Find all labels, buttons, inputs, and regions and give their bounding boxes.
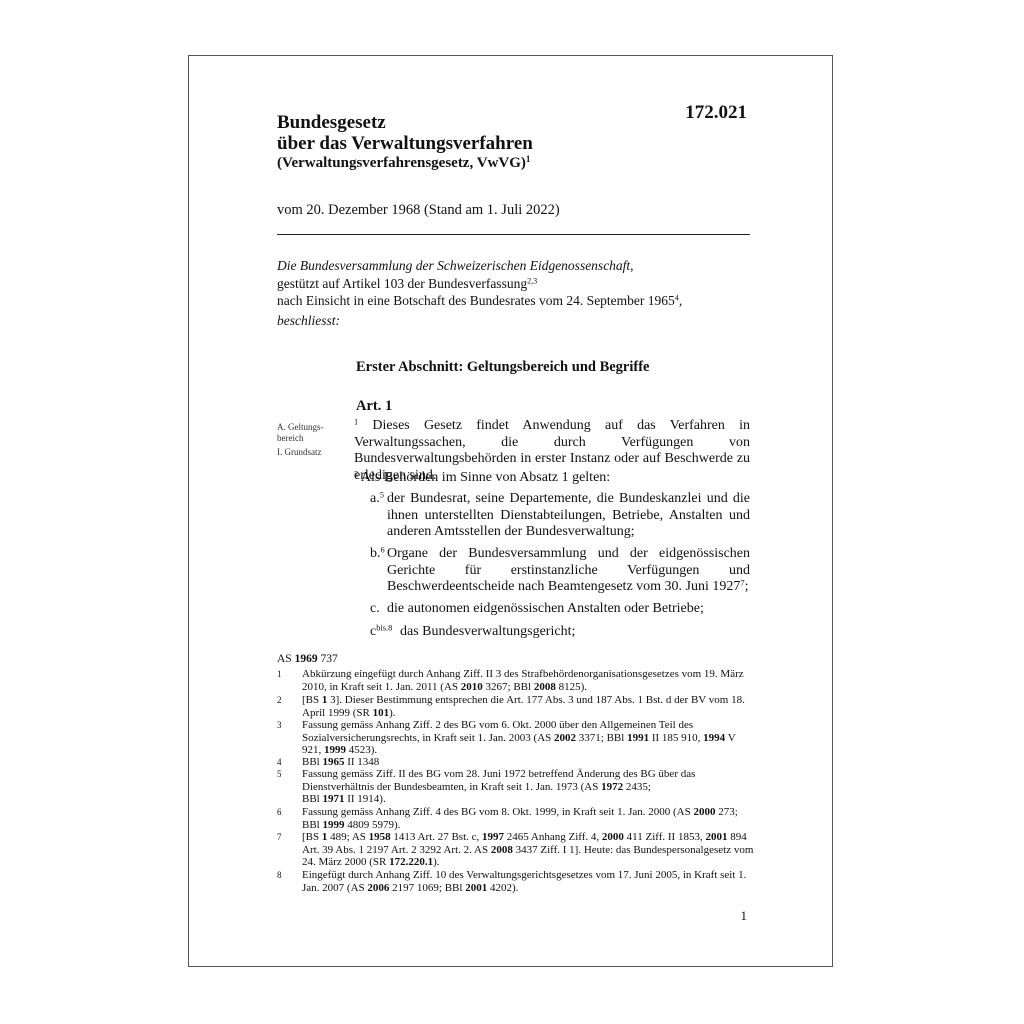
header-divider <box>277 234 750 235</box>
law-title-line1: Bundesgesetz <box>277 112 533 133</box>
footnote-number: 3 <box>277 719 282 732</box>
preamble-line2-text: gestützt auf Artikel 103 der Bundesverfa… <box>277 276 527 291</box>
footnote-number: 4 <box>277 756 282 769</box>
list-item-cbis-text: das Bundesverwaltungsgericht; <box>400 624 763 641</box>
preamble-line1: Die Bundesversammlung der Schweizerische… <box>277 257 682 275</box>
document-page: 172.021 Bundesgesetz über das Verwaltung… <box>188 55 833 967</box>
margin-note-line2: bereich <box>277 433 324 444</box>
source-reference: AS 1969 737 <box>277 653 338 665</box>
law-title: Bundesgesetz über das Verwaltungsverfahr… <box>277 112 533 154</box>
footnote-text: [BS 1 489; AS 1958 1413 Art. 27 Bst. c, … <box>302 831 757 869</box>
list-item-a: a.5 der Bundesrat, seine Departemente, d… <box>370 491 750 543</box>
list-item-b: b.6 Organe der Bundesversammlung und der… <box>370 546 750 598</box>
footnote-number: 7 <box>277 831 282 844</box>
preamble-line2: gestützt auf Artikel 103 der Bundesverfa… <box>277 275 682 293</box>
footnote-text: Fassung gemäss Anhang Ziff. 2 des BG vom… <box>302 719 757 757</box>
list-item-c: c. die autonomen eidgenössischen Anstalt… <box>370 601 750 619</box>
preamble-line3-text: nach Einsicht in eine Botschaft des Bund… <box>277 293 675 308</box>
footnote-ref-1[interactable]: 1 <box>526 154 531 164</box>
list-item-cbis-label: cbis.8 <box>370 624 392 641</box>
footnote-text: Abkürzung eingefügt durch Anhang Ziff. I… <box>302 668 757 693</box>
list-item-b-text: Organe der Bundesversammlung und der eid… <box>387 546 750 596</box>
footnote-text: [BS 1 3]. Dieser Bestimmung entsprechen … <box>302 694 757 719</box>
law-title-line2: über das Verwaltungsverfahren <box>277 133 533 154</box>
preamble-line3-end: , <box>679 293 682 308</box>
footnote-text: BBl 1965 II 1348 <box>302 756 757 769</box>
law-subtitle: (Verwaltungsverfahrensgesetz, VwVG)1 <box>277 155 530 172</box>
paragraph-1-number: 1 <box>354 417 358 426</box>
footnote-number: 2 <box>277 694 282 707</box>
list-item-c-text: die autonomen eidgenössischen Anstalten … <box>387 601 750 618</box>
preamble-line4: beschliesst: <box>277 312 682 330</box>
footnote-number: 5 <box>277 768 282 781</box>
footnote-ref-8[interactable]: .8 <box>386 623 392 632</box>
sr-number: 172.021 <box>685 102 747 124</box>
footnote-text: Fassung gemäss Ziff. II des BG vom 28. J… <box>302 768 757 806</box>
footnote-ref-6[interactable]: 6 <box>381 545 385 554</box>
list-item-cbis: cbis.8 das Bundesverwaltungsgericht; <box>370 624 750 642</box>
section-title: Erster Abschnitt: Geltungsbereich und Be… <box>356 359 649 376</box>
date-line: vom 20. Dezember 1968 (Stand am 1. Juli … <box>277 202 560 219</box>
page-number: 1 <box>741 908 748 924</box>
margin-note: A. Geltungs- bereich I. Grundsatz <box>277 422 324 458</box>
footnote-text: Fassung gemäss Anhang Ziff. 4 des BG vom… <box>302 806 757 831</box>
footnote-ref-5[interactable]: 5 <box>380 490 384 499</box>
list-item-b-label: b.6 <box>370 546 385 563</box>
footnote-ref-2-3[interactable]: 2,3 <box>527 276 537 285</box>
list-item-c-label: c. <box>370 601 380 618</box>
margin-note-line3: I. Grundsatz <box>277 447 324 458</box>
preamble: Die Bundesversammlung der Schweizerische… <box>277 257 682 329</box>
law-subtitle-text: (Verwaltungsverfahrensgesetz, VwVG) <box>277 155 526 171</box>
paragraph-2-number: 2 <box>354 469 358 478</box>
paragraph-2: 2 Als Behörden im Sinne von Absatz 1 gel… <box>354 470 750 487</box>
footnote-number: 6 <box>277 806 282 819</box>
margin-note-line1: A. Geltungs- <box>277 422 324 433</box>
footnote-text: Eingefügt durch Anhang Ziff. 10 des Verw… <box>302 869 757 894</box>
list-item-a-text: der Bundesrat, seine Departemente, die B… <box>387 491 750 541</box>
preamble-line3: nach Einsicht in eine Botschaft des Bund… <box>277 292 682 310</box>
list-item-a-label: a.5 <box>370 491 384 508</box>
paragraph-2-text: Als Behörden im Sinne von Absatz 1 gelte… <box>361 470 610 485</box>
article-title: Art. 1 <box>356 398 392 415</box>
footnote-number: 8 <box>277 869 282 882</box>
footnote-number: 1 <box>277 668 282 681</box>
